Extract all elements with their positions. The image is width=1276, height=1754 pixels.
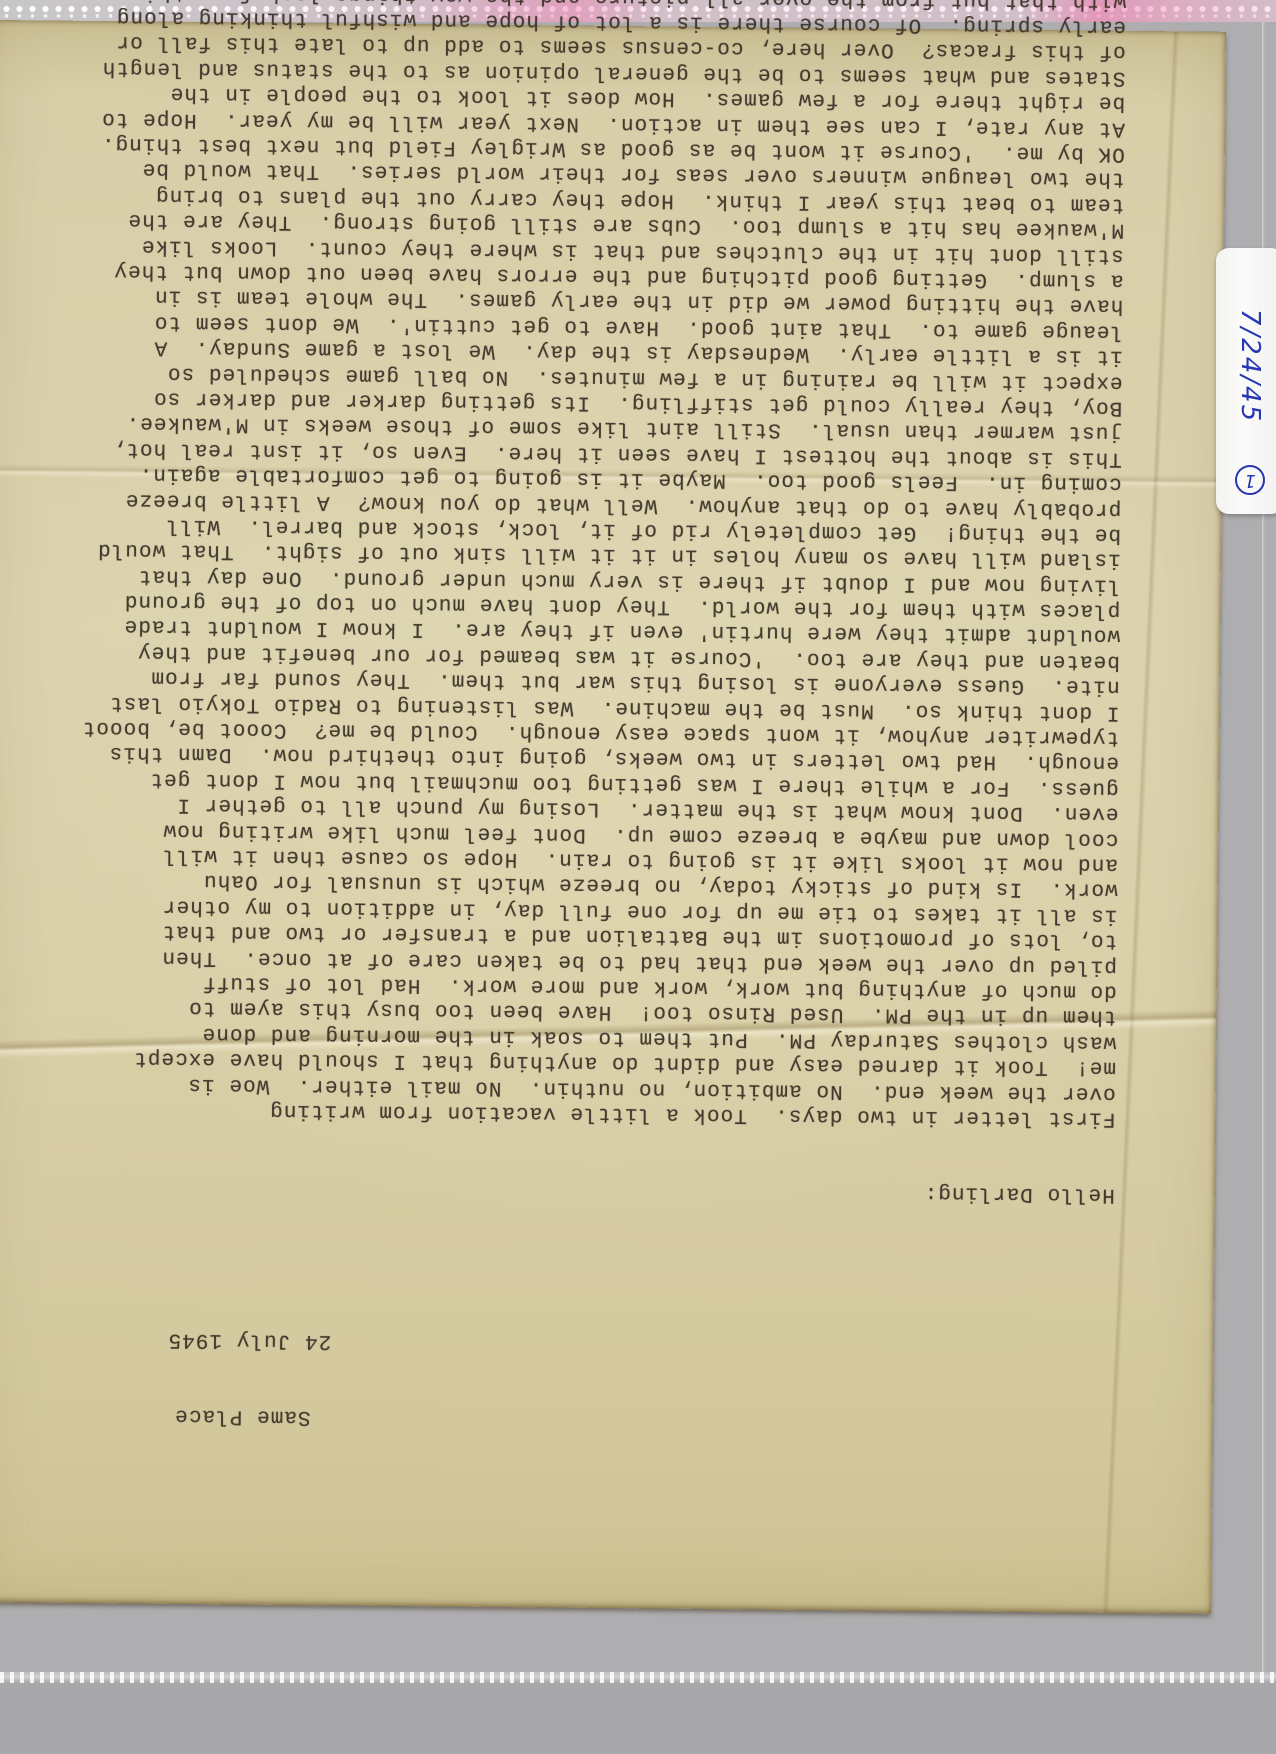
letter-heading: Same Place 24 July 1945 [25,1274,332,1480]
index-tab: 7/24/45 1 [1216,248,1276,514]
sleeve-background [0,1682,1276,1754]
sleeve-seam [0,1672,1276,1683]
index-tab-date: 7/24/45 [1235,309,1265,423]
letter-salutation: Hello Darling: [28,1171,1115,1207]
page-number-badge: 1 [1235,465,1265,495]
letter-place: Same Place [25,1401,310,1429]
letter-date: 24 July 1945 [26,1325,331,1353]
letter-body: First letter in two days. Took a little … [28,0,1128,1131]
letter-paper: Same Place 24 July 1945 Hello Darling: F… [0,20,1226,1614]
letter-content: Same Place 24 July 1945 Hello Darling: F… [0,20,1226,1614]
